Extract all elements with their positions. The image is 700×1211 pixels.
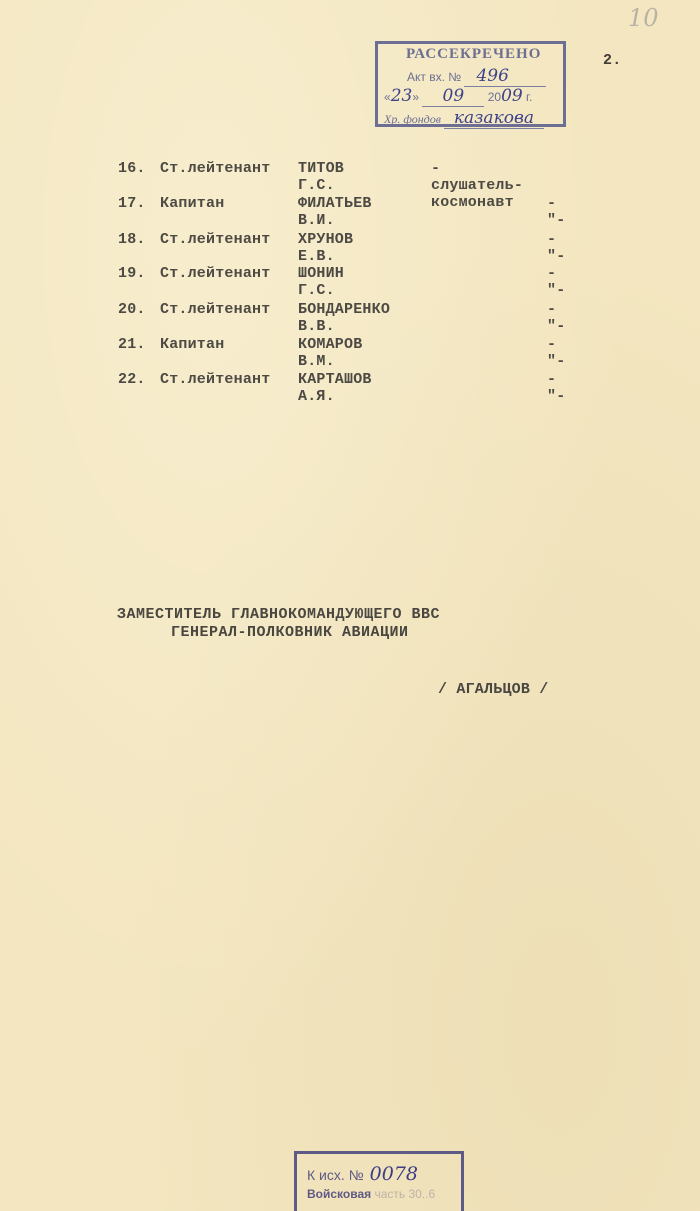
row-role: -"- — [547, 231, 565, 265]
stamp-keeper-label: Хр. фондов — [384, 112, 441, 126]
stamp-date-year: 09 — [501, 86, 523, 106]
outgoing-number-label: К исх. № — [307, 1167, 364, 1183]
stamp-keeper-name: казакова — [444, 108, 544, 129]
row-rank: Капитан — [160, 336, 224, 353]
row-role: -"- — [547, 371, 565, 405]
row-number: 21. — [118, 336, 158, 353]
stamp-title: РАССЕКРЕЧЕНО — [406, 46, 541, 63]
row-number: 16. — [118, 160, 158, 177]
page-number: 2. — [603, 52, 621, 69]
row-name: ШОНИН Г.С. — [298, 265, 344, 299]
military-unit-label: Войсковая — [307, 1187, 371, 1201]
row-number: 17. — [118, 195, 158, 212]
row-rank: Ст.лейтенант — [160, 160, 270, 177]
outgoing-number: 0078 — [370, 1163, 418, 1185]
row-role: -"- — [547, 301, 565, 335]
outgoing-number-stamp: К исх. №0078 Войсковая часть 30..6 — [294, 1151, 464, 1211]
military-unit-line: Войсковая часть 30..6 — [307, 1187, 435, 1201]
stamp-date-quote-open: « — [384, 90, 391, 104]
row-number: 18. — [118, 231, 158, 248]
row-name: ХРУНОВ Е.В. — [298, 231, 353, 265]
military-unit-number: часть 30..6 — [374, 1187, 435, 1201]
handwritten-sheet-number: 10 — [628, 4, 659, 32]
row-name: КОМАРОВ В.М. — [298, 336, 362, 370]
signatory-rank: ГЕНЕРАЛ-ПОЛКОВНИК АВИАЦИИ — [171, 624, 409, 641]
signatory-title: ЗАМЕСТИТЕЛЬ ГЛАВНОКОМАНДУЮЩЕГО ВВС — [117, 606, 440, 623]
row-name: КАРТАШОВ А.Я. — [298, 371, 372, 405]
stamp-act-number: 496 — [464, 66, 546, 87]
row-name: ТИТОВ Г.С. — [298, 160, 344, 194]
row-number: 22. — [118, 371, 158, 388]
row-role: -"- — [547, 195, 565, 229]
row-rank: Ст.лейтенант — [160, 265, 270, 282]
row-rank: Ст.лейтенант — [160, 371, 270, 388]
row-role: -"- — [547, 336, 565, 370]
declassified-stamp: РАССЕКРЕЧЕНО Акт вх. № 496 «23» 09 2009 … — [375, 41, 566, 127]
row-name: ФИЛАТЬЕВ В.И. — [298, 195, 372, 229]
row-name: БОНДАРЕНКО В.В. — [298, 301, 390, 335]
stamp-date-year-suffix: г. — [526, 90, 532, 104]
stamp-keeper-line: Хр. фондов казакова — [384, 108, 544, 129]
stamp-act-line: Акт вх. № 496 — [407, 66, 546, 87]
signatory-name: / АГАЛЬЦОВ / — [438, 681, 548, 698]
row-number: 20. — [118, 301, 158, 318]
row-rank: Ст.лейтенант — [160, 301, 270, 318]
row-rank: Ст.лейтенант — [160, 231, 270, 248]
stamp-date-year-prefix: 20 — [488, 90, 501, 104]
stamp-date-line: «23» 09 2009 г. — [384, 86, 532, 107]
stamp-act-label: Акт вх. № — [407, 70, 461, 84]
row-role: -"- — [547, 265, 565, 299]
row-rank: Капитан — [160, 195, 224, 212]
outgoing-number-line: К исх. №0078 — [307, 1163, 418, 1185]
row-number: 19. — [118, 265, 158, 282]
stamp-date-quote-close: » — [412, 90, 419, 104]
row-role: - слушатель-космонавт — [431, 160, 523, 211]
stamp-date-month: 09 — [422, 86, 484, 107]
stamp-date-day: 23 — [391, 86, 413, 106]
